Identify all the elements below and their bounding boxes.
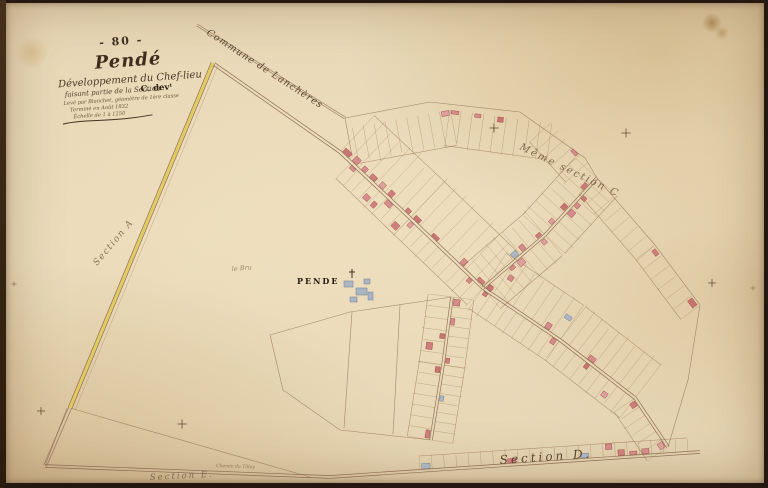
title-block: - 80 - Pendé Développement du Chef-lieu … — [54, 29, 205, 124]
page-number-label: - 80 - — [99, 33, 144, 49]
village-name-label: PENDE — [297, 276, 339, 286]
section-e-label: Section E. — [150, 470, 214, 483]
road-name-label: Chemin du Tilloy — [216, 463, 255, 470]
map-title: Pendé — [93, 48, 162, 74]
commune-boundary-label: Commune de Lanchères — [204, 27, 325, 111]
photo-background: - 80 - Pendé Développement du Chef-lieu … — [0, 0, 768, 488]
cadastral-map: - 80 - Pendé Développement du Chef-lieu … — [0, 0, 768, 488]
place-name-label: le Bru — [231, 263, 252, 273]
